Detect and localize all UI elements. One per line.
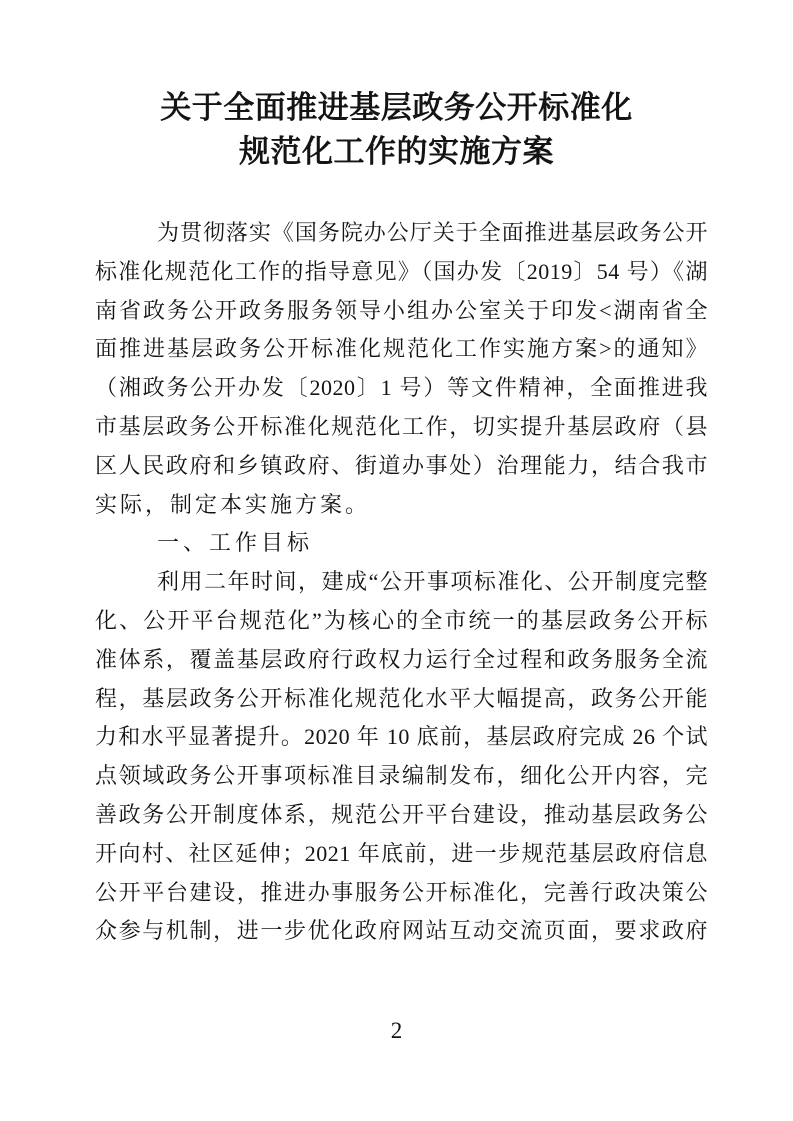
text-line: 面推进基层政务公开标准化规范化工作实施方案>的通知》 <box>95 330 708 369</box>
paragraph: 利用二年时间，建成“公开事项标准化、公开制度完整化、公开平台规范化”为核心的全市… <box>95 563 708 951</box>
text-line: 区人民政府和乡镇政府、街道办事处）治理能力，结合我市 <box>95 447 708 486</box>
document-page: 关于全面推进基层政务公开标准化 规范化工作的实施方案 为贯彻落实《国务院办公厅关… <box>0 0 793 1121</box>
document-body: 为贯彻落实《国务院办公厅关于全面推进基层政务公开标准化规范化工作的指导意见》（国… <box>95 214 708 951</box>
text-line: 化、公开平台规范化”为核心的全市统一的基层政务公开标 <box>95 602 708 641</box>
text-line: 市基层政务公开标准化规范化工作，切实提升基层政府（县 <box>95 408 708 447</box>
text-line: 众参与机制，进一步优化政府网站互动交流页面，要求政府 <box>95 912 708 951</box>
document-title-line-2: 规范化工作的实施方案 <box>0 130 793 174</box>
text-line: 程，基层政务公开标准化规范化水平大幅提高，政务公开能 <box>95 680 708 719</box>
text-line: 力和水平显著提升。2020 年 10 底前，基层政府完成 26 个试 <box>95 718 708 757</box>
text-line: 南省政务公开政务服务领导小组办公室关于印发<湖南省全 <box>95 292 708 331</box>
text-line: 标准化规范化工作的指导意见》（国办发〔2019〕54 号）《湖 <box>95 253 708 292</box>
document-title: 关于全面推进基层政务公开标准化 规范化工作的实施方案 <box>0 86 793 174</box>
text-line: 实际，制定本实施方案。 <box>95 486 708 525</box>
text-line: 为贯彻落实《国务院办公厅关于全面推进基层政务公开 <box>95 214 708 253</box>
text-line: 开向村、社区延伸；2021 年底前，进一步规范基层政府信息 <box>95 835 708 874</box>
text-line: 善政务公开制度体系，规范公开平台建设，推动基层政务公 <box>95 796 708 835</box>
text-line: 一、工作目标 <box>95 524 708 563</box>
text-line: 利用二年时间，建成“公开事项标准化、公开制度完整 <box>95 563 708 602</box>
document-title-line-1: 关于全面推进基层政务公开标准化 <box>0 86 793 130</box>
paragraph: 为贯彻落实《国务院办公厅关于全面推进基层政务公开标准化规范化工作的指导意见》（国… <box>95 214 708 524</box>
text-line: 点领域政务公开事项标准目录编制发布，细化公开内容，完 <box>95 757 708 796</box>
text-line: （湘政务公开办发〔2020〕1 号）等文件精神，全面推进我 <box>95 369 708 408</box>
page-number: 2 <box>0 1017 793 1045</box>
text-line: 准体系，覆盖基层政府行政权力运行全过程和政务服务全流 <box>95 641 708 680</box>
text-line: 公开平台建设，推进办事服务公开标准化，完善行政决策公 <box>95 874 708 913</box>
section-heading: 一、工作目标 <box>95 524 708 563</box>
